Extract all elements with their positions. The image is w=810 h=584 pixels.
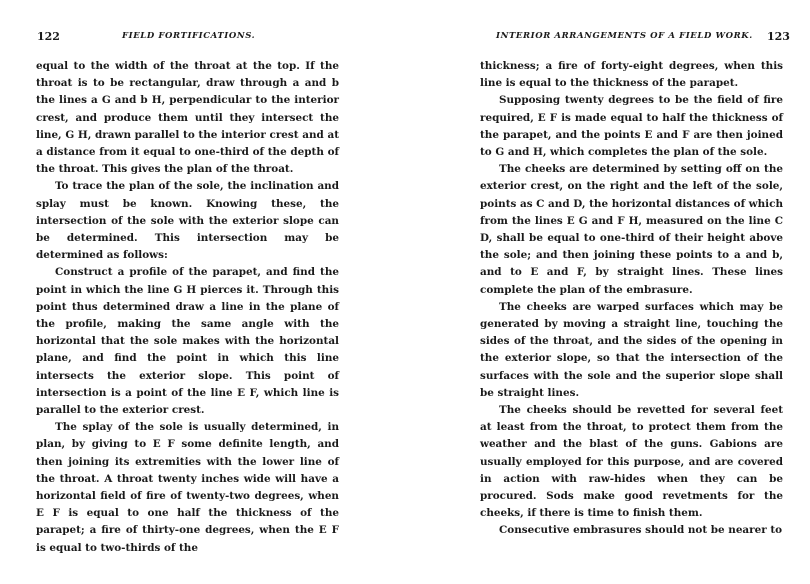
paragraph: Consecutive embrasures should not be nea… xyxy=(480,522,783,539)
right-page: INTERIOR ARRANGEMENTS OF A FIELD WORK. 1… xyxy=(405,0,810,584)
left-page-body: equal to the width of the throat at the … xyxy=(36,58,339,557)
paragraph: Construct a profile of the parapet, and … xyxy=(36,264,339,419)
paragraph: thickness; a fire of forty-eight degrees… xyxy=(480,58,783,92)
running-head: INTERIOR ARRANGEMENTS OF A FIELD WORK. xyxy=(496,31,753,41)
page-number: 123 xyxy=(767,30,790,43)
paragraph: The cheeks should be revetted for severa… xyxy=(480,402,783,522)
paragraph: equal to the width of the throat at the … xyxy=(36,58,339,178)
paragraph: The splay of the sole is usually determi… xyxy=(36,419,339,557)
left-page: 122 FIELD FORTIFICATIONS. equal to the w… xyxy=(0,0,405,584)
paragraph: The cheeks are determined by setting off… xyxy=(480,161,783,299)
page-number: 122 xyxy=(37,30,60,43)
running-head: FIELD FORTIFICATIONS. xyxy=(122,31,255,41)
paragraph: Supposing twenty degrees to be the field… xyxy=(480,92,783,161)
paragraph: The cheeks are warped surfaces which may… xyxy=(480,299,783,402)
right-page-body: thickness; a fire of forty-eight degrees… xyxy=(480,58,783,540)
paragraph: To trace the plan of the sole, the incli… xyxy=(36,178,339,264)
